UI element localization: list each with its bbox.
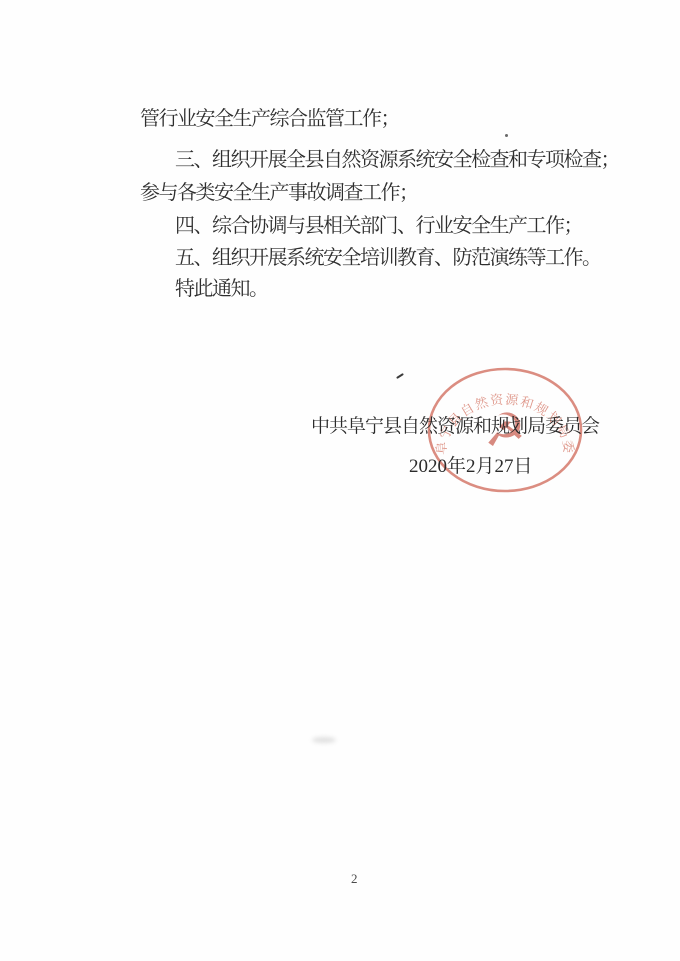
body-line: 特此通知。 [175, 276, 268, 302]
scan-smudge [312, 737, 336, 743]
body-line: 四、综合协调与县相关部门、行业安全生产工作； [175, 213, 582, 239]
body-line: 五、组织开展系统安全培训教育、防范演练等工作。 [175, 245, 601, 271]
scan-pen-mark [396, 373, 404, 379]
body-line: 管行业安全生产综合监管工作； [140, 106, 399, 132]
signature-date: 2020年2月27日 [409, 451, 533, 478]
scanned-document-page: 管行业安全生产综合监管工作； 三、组织开展全县自然资源系统安全检查和专项检查； … [0, 0, 680, 961]
body-line: 参与各类安全生产事故调查工作； [140, 180, 418, 206]
page-number: 2 [351, 871, 358, 887]
signature-organization: 中共阜宁县自然资源和规划局委员会 [311, 411, 599, 438]
body-line: 三、组织开展全县自然资源系统安全检查和专项检查； [175, 147, 619, 173]
scan-speck [505, 134, 508, 137]
